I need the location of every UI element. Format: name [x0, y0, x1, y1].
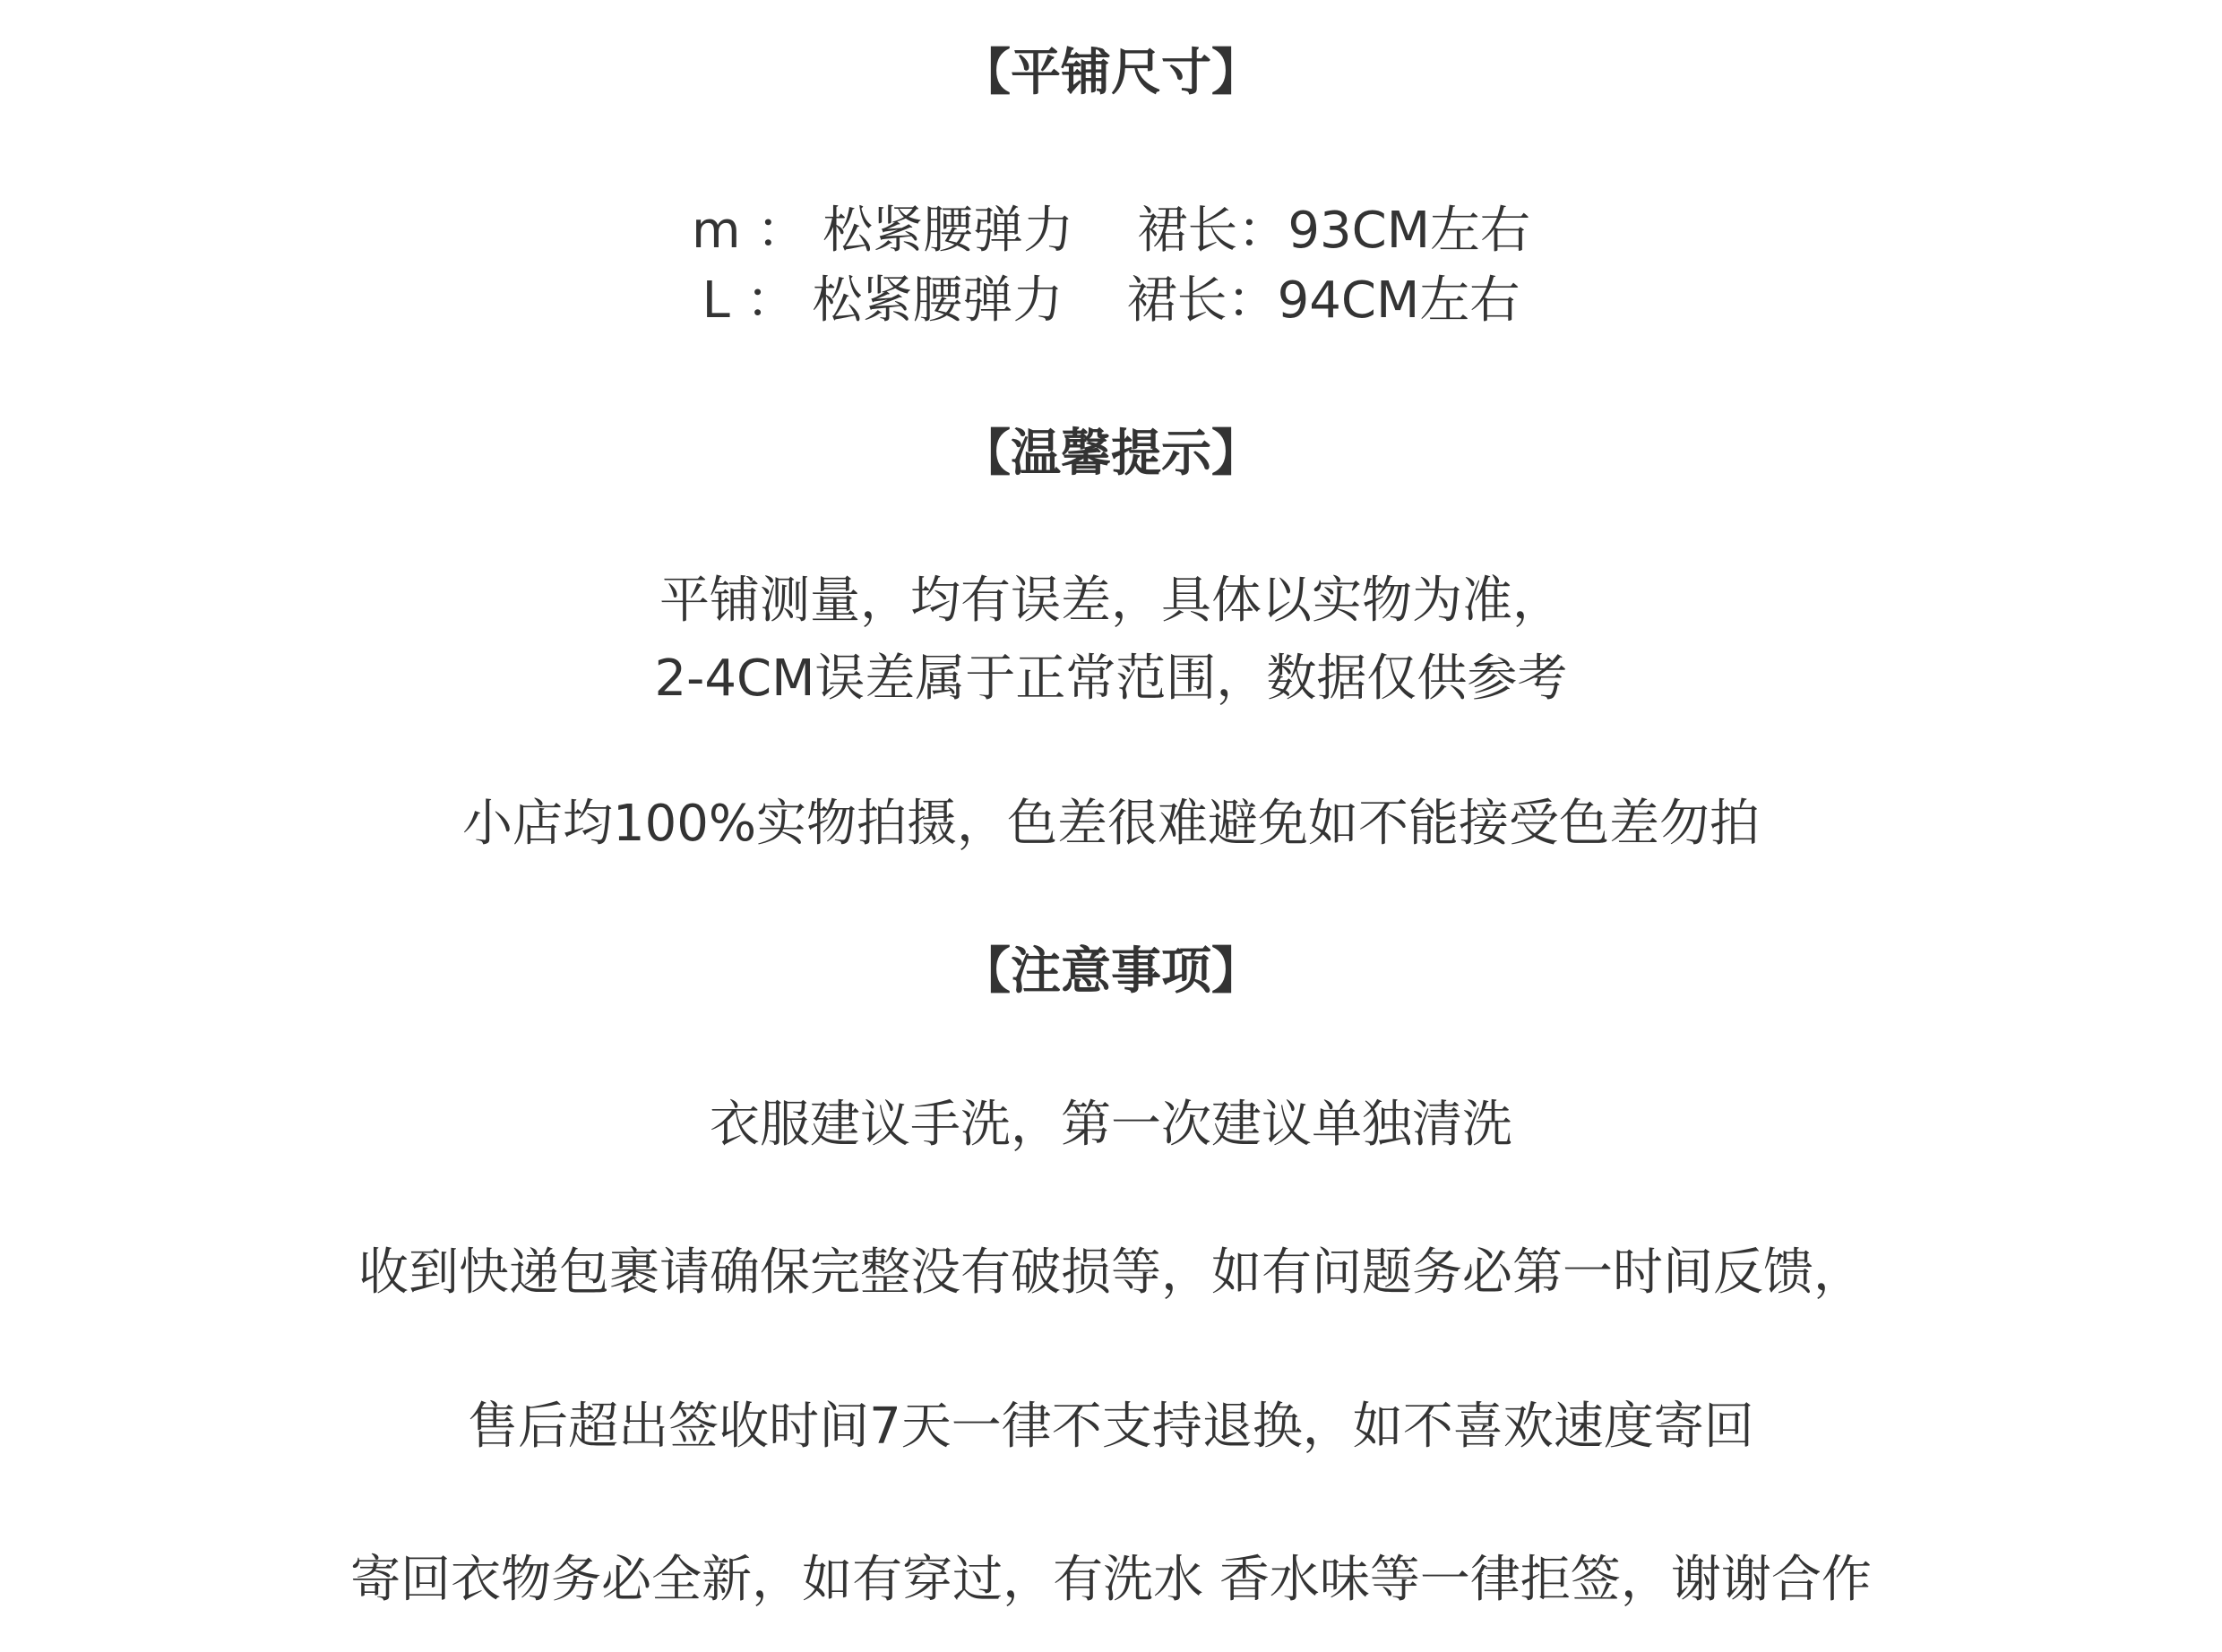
- tip-measurement-line-2: 2-4CM误差属于正常范围，数据仅供参考: [0, 651, 2222, 707]
- tip-measurement-line-1: 平铺测量，均有误差，具体以实物为准，: [0, 573, 2222, 629]
- note-package-check: 收到快递包裹请确保完整没有破损等，如有问题务必第一时间反馈，: [0, 1245, 2222, 1301]
- flat-size-section-title: 【平铺尺寸】: [0, 46, 2222, 101]
- note-return-policy: 售后超出签收时间7天一律不支持退换，如不喜欢速度寄回: [0, 1399, 2222, 1455]
- tip-color-difference: 小店均100%实物拍摄，色差很难避免如不能接受色差勿拍: [0, 796, 2222, 852]
- notes-section-title: 【注意事项】: [0, 944, 2222, 1000]
- note-return-condition: 寄回衣物务必全新，如有穿过，有洗水 香水味等一律拒签，谢谢合作: [0, 1553, 2222, 1608]
- product-description-page: 【平铺尺寸】 m ： 松紧腰弹力 裙长：93CM左右 L ： 松紧腰弹力 裙长：…: [0, 0, 2222, 1652]
- size-row-m: m ： 松紧腰弹力 裙长：93CM左右: [0, 203, 2222, 259]
- size-row-l: L ： 松紧腰弹力 裙长：94CM左右: [0, 273, 2222, 329]
- warm-tips-section-title: 【温馨提示】: [0, 426, 2222, 482]
- note-hand-wash: 衣服建议手洗，第一次建议单独清洗: [0, 1097, 2222, 1153]
